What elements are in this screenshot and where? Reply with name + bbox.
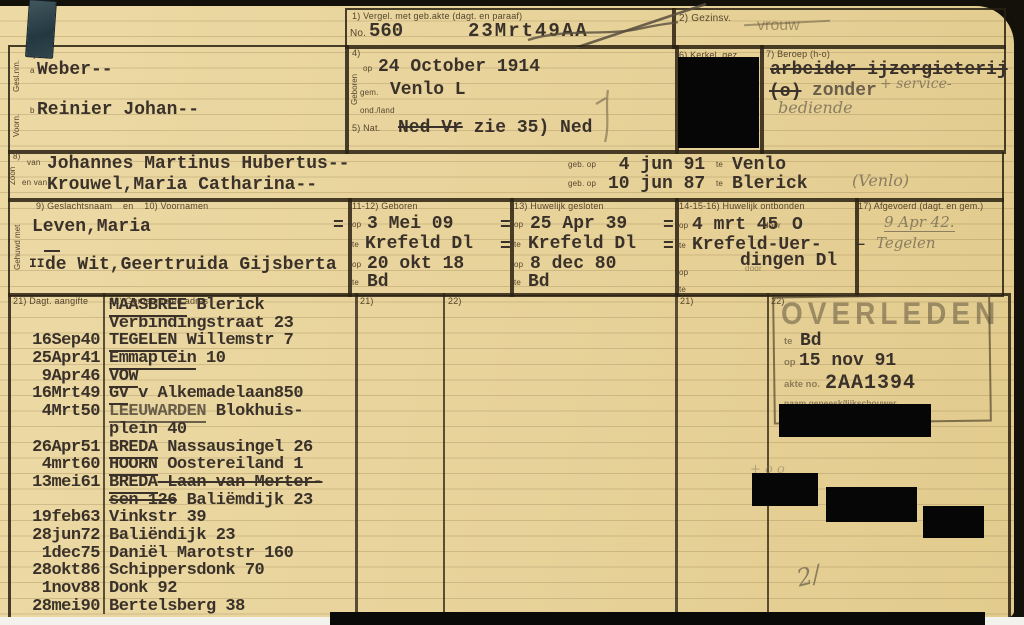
registry-entry-address: Schippersdonk 70: [109, 562, 264, 580]
registry-entry-address: LEEUWARDEN Blokhuis-: [109, 403, 303, 421]
registry-entry-rest: Oostereiland 1: [158, 455, 304, 474]
op-label: op: [514, 220, 523, 229]
field5-nat-label: 5) Nat.: [352, 123, 380, 133]
mother-birth-place: Blerick: [732, 175, 808, 193]
registry-entry-struck: sen 126: [109, 491, 177, 510]
registry-entry-row: 28mei90 Bertelsberg 38: [10, 598, 358, 616]
marriage2-date: 8 dec 80: [530, 255, 616, 273]
registry-entry-row: Verbindingstraat 23: [10, 315, 358, 333]
registry-entry-row: 9Apr46 VOW: [10, 368, 358, 386]
marriage2-birth-date: 20 okt 18: [367, 255, 464, 273]
gezinsverhouding-stamp: vrouw: [757, 17, 800, 35]
field1-no-label: No.: [350, 28, 366, 39]
op-label: op: [352, 220, 361, 229]
registry-entry-date: 13mei61: [10, 474, 100, 492]
registry-entry-row: MAASBREE Blerick: [10, 297, 358, 315]
registry-entry-row: 4Mrt50 LEEUWARDEN Blokhuis-: [10, 403, 358, 421]
divorce-by: O: [792, 216, 803, 234]
birth-date-value: 24 October 1914: [378, 58, 540, 76]
registry-entry-rest: 10: [196, 349, 225, 368]
registry-entry-date: 19feb63: [10, 509, 100, 527]
pencil-check-mark: [592, 88, 618, 144]
mother-geb-op-label: geb. op: [568, 179, 596, 188]
gehuwd-met-side-label: Gehuwd met: [13, 206, 22, 288]
occupation-handwritten-2: bediende: [778, 98, 853, 117]
registry-entry-address: BREDA Nassausingel 26: [109, 439, 313, 457]
registry-entry-rest: Schippersdonk 70: [109, 561, 264, 580]
surname-side-label: Gesl.nm.: [12, 54, 21, 98]
afgevoerd-date: 9 Apr 42.: [884, 213, 955, 232]
registry-entry-address: VOW: [109, 368, 138, 386]
op-label: op: [363, 64, 372, 73]
redaction-box: [779, 404, 931, 437]
registry-22-header: 22): [448, 296, 462, 306]
registry-entry-address: BREDA Laan van Merter-: [109, 474, 322, 492]
registry-entry-address: MAASBREE Blerick: [109, 297, 264, 315]
registry-entry-row: 28okt86 Schippersdonk 70: [10, 562, 358, 580]
registry-entry-rest: Blerick: [187, 296, 265, 315]
mother-birth-place-note: (Venlo): [852, 171, 909, 190]
registry-entry-rest: v Alkemadelaan850: [128, 384, 303, 403]
registry-entry-address: Verbindingstraat 23: [109, 315, 293, 333]
registry-entry-address: Emmaplein 10: [109, 350, 225, 368]
row-b-marker: b: [30, 106, 35, 115]
registry-entry-date: 28mei90: [10, 598, 100, 616]
registry-entry-date: 4Mrt50: [10, 403, 100, 421]
registry-entry-row: 16Mrt49 GV v Alkemadelaan850: [10, 385, 358, 403]
registry-entry-rest: Baliëndijk 23: [109, 526, 235, 545]
field9-box: [8, 198, 352, 297]
registry-entry-address: Donk 92: [109, 580, 177, 598]
registry-entry-place: LEEUWARDEN: [109, 402, 206, 423]
firstnames-value: Reinier Johan--: [37, 101, 199, 119]
registry-divider: [767, 293, 769, 614]
equals-mark: =: [500, 238, 511, 256]
spouse2-name: de Wit,Geertruida Gijsberta: [45, 256, 337, 274]
scan-bottom-shadow: [330, 612, 985, 625]
registry-entry-row: sen 126 Baliëmdijk 23: [10, 492, 358, 510]
door-label: door: [764, 221, 781, 230]
registry-entry-address: Vinkstr 39: [109, 509, 206, 527]
marriage1-birth-place: Krefeld Dl: [365, 235, 473, 253]
staple-mark: [25, 0, 57, 59]
registry-entry-date: 9Apr46: [10, 368, 100, 386]
father-te-label: te: [716, 160, 723, 169]
row-a-marker: a: [30, 66, 35, 75]
birth-place-value: Venlo L: [390, 81, 466, 99]
registry-entry-address: Daniël Marotstr 160: [109, 545, 293, 563]
registry-entry-address: HOORN Oostereiland 1: [109, 456, 303, 474]
registry-entry-row: plein 40: [10, 421, 358, 439]
registry-entry-date: 16Mrt49: [10, 385, 100, 403]
registry-entry-date: 1nov88: [10, 580, 100, 598]
mother-name: Krouwel,Maria Catharina--: [47, 176, 317, 194]
occupation-handwritten-1: + service-: [880, 76, 952, 92]
registry-divider: [443, 293, 445, 614]
registry-21-header: 21): [360, 296, 374, 306]
registry-entry-address: Bertelsberg 38: [109, 598, 245, 616]
firstnames-side-label: Voorn.: [12, 103, 21, 147]
registry-entry-rest: Baliëmdijk 23: [177, 491, 313, 510]
father-geb-op-label: geb. op: [568, 160, 596, 169]
registry-entry-address: GV v Alkemadelaan850: [109, 385, 303, 403]
signature-paraaf: [520, 4, 720, 50]
registry-entry-row: 26Apr51 BREDA Nassausingel 26: [10, 439, 358, 457]
registry-entry-struck: Laan van Merter-: [158, 473, 323, 492]
marriage2-place: Bd: [528, 273, 550, 291]
te-label: te: [514, 278, 521, 287]
registry-entry-rest: Vinkstr 39: [109, 508, 206, 527]
op-label: op: [514, 260, 523, 269]
equals-mark: =: [333, 217, 344, 235]
field7-label: 7) Beroep (h-o): [766, 49, 830, 59]
registry-entry-date: 28okt86: [10, 562, 100, 580]
registry-entry-address: sen 126 Baliëmdijk 23: [109, 492, 313, 510]
registry-entry-rest: Donk 92: [109, 579, 177, 598]
spouse2-marker: II: [29, 257, 45, 270]
registry-entry-date: 16Sep40: [10, 332, 100, 350]
registry-entry-rest: Bertelsberg 38: [109, 597, 245, 616]
registry-entry-row: 1nov88 Donk 92: [10, 580, 358, 598]
registry-entry-row: 13mei61 BREDA Laan van Merter-: [10, 474, 358, 492]
scanned-registration-card: 1) Vergel. met geb.akte (dagt. en paraaf…: [0, 0, 1024, 625]
op-label: op: [679, 221, 688, 230]
nationality-rest: zie 35) Ned: [463, 118, 593, 138]
registry-entry-address: TEGELEN Willemstr 7: [109, 332, 293, 350]
op-label: op: [352, 260, 361, 269]
field13-header: 13) Huwelijk gesloten: [514, 201, 604, 211]
zoon-side-label: Zoon: [8, 158, 17, 194]
te-label: te: [679, 241, 686, 250]
te-label: te: [514, 240, 521, 249]
field2-label: 2) Gezinsv.: [679, 13, 731, 24]
registry-entry-date: 4mrt60: [10, 456, 100, 474]
te-label: te: [352, 278, 359, 287]
registry-entry-address: Baliëndijk 23: [109, 527, 235, 545]
mother-te-label: te: [716, 179, 723, 188]
registry-entry-date: 28jun72: [10, 527, 100, 545]
ond-land-label: ond./land: [360, 106, 395, 115]
field17-header: 17) Afgevoerd (dagt. en gem.): [858, 201, 983, 211]
registry-entry-date: 26Apr51: [10, 439, 100, 457]
op-label: op: [679, 268, 688, 277]
equals-mark: =: [663, 238, 674, 256]
van-label: van: [27, 158, 41, 167]
registry-entry-rest: Nassausingel 26: [158, 438, 313, 457]
equals-mark: =: [500, 217, 511, 235]
marriage1-date: 25 Apr 39: [530, 215, 627, 233]
nationality-struck: Ned Vr: [398, 118, 463, 138]
field1-no-value: 560: [369, 22, 403, 41]
spouse1-name: Leven,Maria: [32, 218, 151, 236]
registry-entry-row: 25Apr41 Emmaplein 10: [10, 350, 358, 368]
registry-21-header: 21): [680, 296, 694, 306]
registry-entry-date: 1dec75: [10, 545, 100, 563]
registry-entry-row: 4mrt60 HOORN Oostereiland 1: [10, 456, 358, 474]
nationality-value: Ned Vr zie 35) Ned: [398, 119, 592, 137]
field14-header: 14-15-16) Huwelijk ontbonden: [679, 201, 805, 211]
dash-mark: —: [856, 238, 864, 252]
registry-entry-rest: Willemstr 7: [177, 331, 293, 350]
registry-entry-rest: Daniël Marotstr 160: [109, 544, 293, 563]
marriage2-birth-place: Bd: [367, 273, 389, 291]
registry-entry-row: 16Sep40 TEGELEN Willemstr 7: [10, 332, 358, 350]
field4-number: 4): [352, 48, 360, 58]
te-label: te: [352, 240, 359, 249]
father-birth-date: 4 jun 91: [608, 156, 705, 174]
registry-entry-rest: Blokhuis-: [206, 402, 303, 421]
registry-entry-row: 28jun72 Baliëndijk 23: [10, 527, 358, 545]
registry-entry-rest: Verbindingstraat 23: [109, 314, 293, 333]
field9-header: 9) Geslachtsnaam en 10) Voornamen: [36, 201, 208, 211]
door-label: door: [745, 264, 762, 273]
gem-label: gem.: [360, 88, 379, 97]
en-van-label: en van: [22, 178, 47, 187]
registry-entry-date: 25Apr41: [10, 350, 100, 368]
redaction-box: [752, 473, 818, 506]
registry-entry-row: 1dec75 Daniël Marotstr 160: [10, 545, 358, 563]
surname-value: Weber--: [37, 61, 113, 79]
registry-divider: [675, 293, 678, 614]
marriage1-place: Krefeld Dl: [528, 235, 636, 253]
registry-entry-row: 19feb63 Vinkstr 39: [10, 509, 358, 527]
geboren-side-label: Geboren: [350, 60, 359, 118]
afgevoerd-place: Tegelen: [876, 234, 936, 252]
marriage1-birth-date: 3 Mei 09: [367, 215, 453, 233]
redaction-box: [923, 506, 984, 538]
overline-mark: [44, 250, 60, 252]
registry-entry-address: plein 40: [109, 421, 187, 439]
father-name: Johannes Martinus Hubertus--: [47, 155, 349, 173]
equals-mark: =: [663, 217, 674, 235]
registry-entries: MAASBREE Blerick Verbindingstraat 23 16S…: [10, 297, 358, 615]
redaction-box: [826, 487, 917, 522]
father-birth-place: Venlo: [732, 156, 786, 174]
mother-birth-date: 10 jun 87: [608, 175, 705, 193]
field11-header: 11-12) Geboren: [352, 201, 418, 211]
redaction-box-religion: [678, 57, 759, 148]
